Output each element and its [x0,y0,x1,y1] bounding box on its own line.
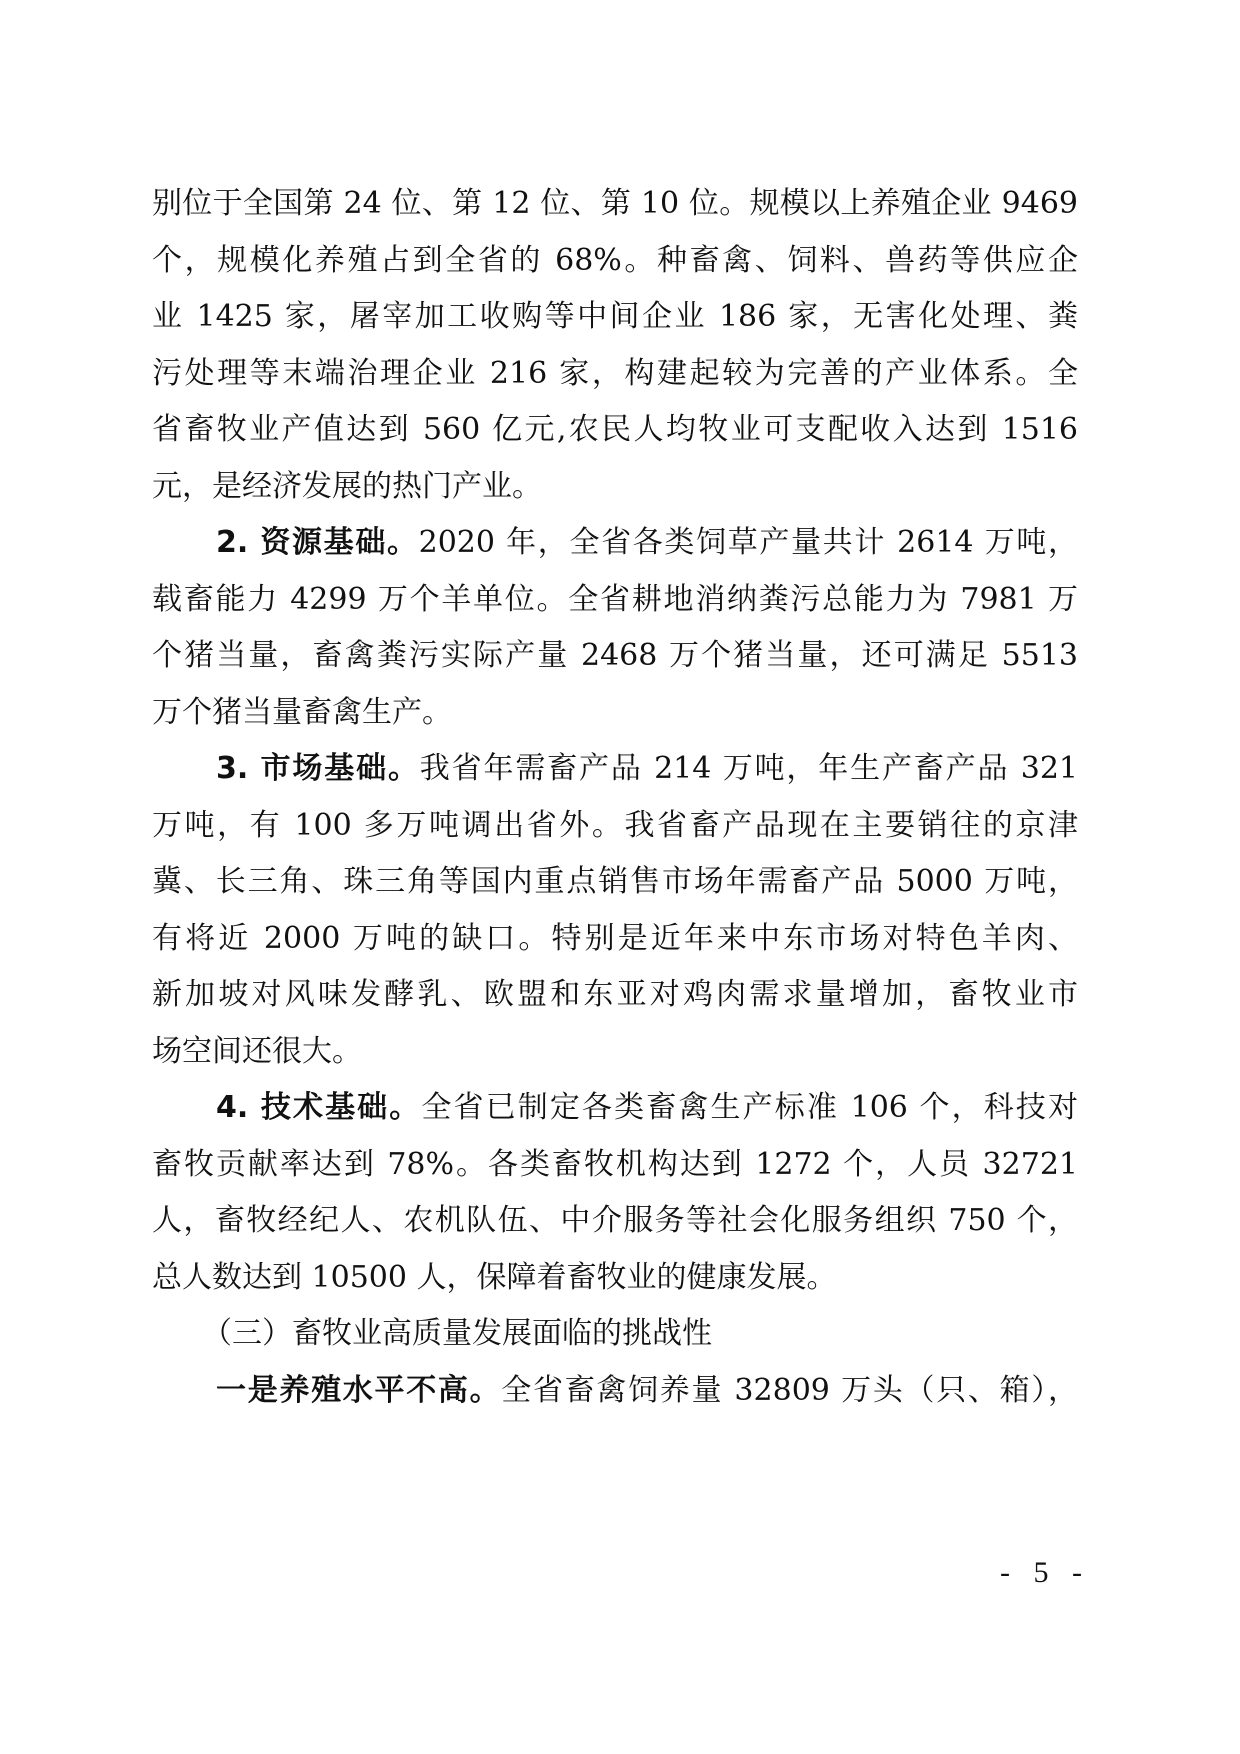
body-line: 载畜能力 4299 万个羊单位。全省耕地消纳粪污总能力为 7981 万 [152,572,1078,629]
document-page: 别位于全国第 24 位、第 12 位、第 10 位。规模以上养殖企业 9469 … [152,176,1078,1419]
body-text: 全省已制定各类畜禽生产标准 106 个，科技对 [421,1090,1078,1125]
body-line: 省畜牧业产值达到 560 亿元,农民人均牧业可支配收入达到 1516 [152,402,1078,459]
section-heading-market: 3. 市场基础。 [216,751,420,786]
section-tech-first-line: 4. 技术基础。全省已制定各类畜禽生产标准 106 个，科技对 [152,1080,1078,1137]
body-line: 有将近 2000 万吨的缺口。特别是近年来中东市场对特色羊肉、 [152,911,1078,968]
page-number: - 5 - [1000,1556,1090,1590]
challenge-first-line: 一是养殖水平不高。全省畜禽饲养量 32809 万头（只、箱）， [152,1363,1078,1420]
body-line: 别位于全国第 24 位、第 12 位、第 10 位。规模以上养殖企业 9469 [152,176,1078,233]
subsection-title: （三）畜牧业高质量发展面临的挑战性 [152,1306,1078,1363]
section-market-first-line: 3. 市场基础。我省年需畜产品 214 万吨，年生产畜产品 321 [152,741,1078,798]
body-text: 我省年需畜产品 214 万吨，年生产畜产品 321 [420,751,1078,786]
section-heading-resource: 2. 资源基础。 [216,525,419,560]
body-line: 万吨，有 100 多万吨调出省外。我省畜产品现在主要销往的京津 [152,798,1078,855]
body-line: 人，畜牧经纪人、农机队伍、中介服务等社会化服务组织 750 个， [152,1193,1078,1250]
challenge-heading: 一是养殖水平不高。 [216,1373,501,1408]
body-line: 总人数达到 10500 人，保障着畜牧业的健康发展。 [152,1250,1078,1307]
body-text: 2020 年，全省各类饲草产量共计 2614 万吨， [419,525,1078,560]
body-line: 冀、长三角、珠三角等国内重点销售市场年需畜产品 5000 万吨， [152,854,1078,911]
body-line: 元，是经济发展的热门产业。 [152,459,1078,516]
body-line: 个猪当量，畜禽粪污实际产量 2468 万个猪当量，还可满足 5513 [152,628,1078,685]
body-line: 万个猪当量畜禽生产。 [152,685,1078,742]
body-line: 场空间还很大。 [152,1024,1078,1081]
body-line: 业 1425 家，屠宰加工收购等中间企业 186 家，无害化处理、粪 [152,289,1078,346]
body-line: 污处理等末端治理企业 216 家，构建起较为完善的产业体系。全 [152,346,1078,403]
body-line: 畜牧贡献率达到 78%。各类畜牧机构达到 1272 个，人员 32721 [152,1137,1078,1194]
body-line: 新加坡对风味发酵乳、欧盟和东亚对鸡肉需求量增加，畜牧业市 [152,967,1078,1024]
section-heading-tech: 4. 技术基础。 [216,1090,421,1125]
body-line: 个，规模化养殖占到全省的 68%。种畜禽、饲料、兽药等供应企 [152,233,1078,290]
body-text: 全省畜禽饲养量 32809 万头（只、箱）， [501,1373,1078,1408]
section-resource-first-line: 2. 资源基础。2020 年，全省各类饲草产量共计 2614 万吨， [152,515,1078,572]
